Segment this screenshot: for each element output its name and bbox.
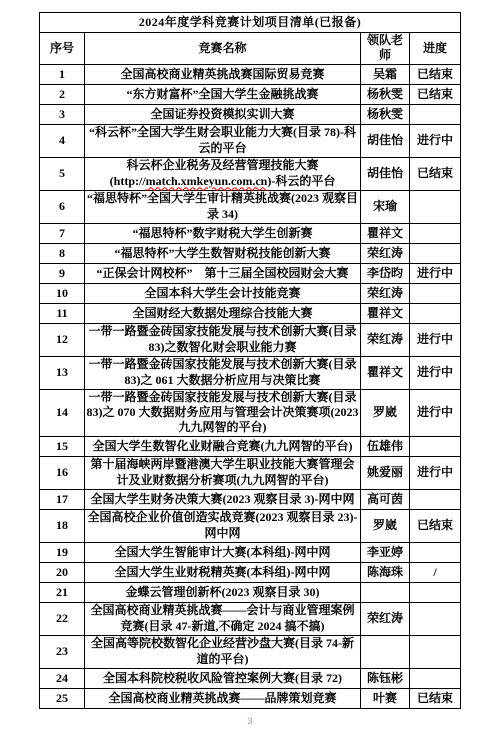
row-no-cell: 18	[40, 509, 85, 542]
teacher-cell: 宋瑜	[361, 190, 410, 223]
table-row: 3 全国证券投资模拟实训大赛 杨秋雯	[40, 104, 461, 124]
row-no-cell: 6	[40, 190, 85, 223]
teacher-cell: 瞿祥文	[361, 356, 410, 389]
competition-name-cell: 一带一路暨金砖国家技能发展与技术创新大赛(目录 83)之 061 大数据分析应用…	[85, 356, 361, 389]
table-row: 5 科云杯企业税务及经营管理技能大赛(http://match.xmkeyun.…	[40, 157, 461, 190]
progress-cell: 进行中	[410, 323, 461, 356]
progress-cell	[410, 283, 461, 303]
competition-name-cell: 金蝶云管理创新杯(2023 观察目录 30)	[85, 582, 361, 602]
competition-name-cell: 科云杯企业税务及经营管理技能大赛(http://match.xmkeyun.co…	[85, 157, 361, 190]
competition-name-cell: 全国高等院校数智化企业经营沙盘大赛(目录 74-新道的平台)	[85, 635, 361, 668]
progress-cell: 进行中	[410, 263, 461, 283]
row-no-cell: 10	[40, 283, 85, 303]
row-no-cell: 17	[40, 489, 85, 509]
competition-name-cell: “福思特杯”全国大学生审计精英挑战赛(2023 观察目录 34)	[85, 190, 361, 223]
table-row: 4 “科云杯”全国大学生财会职业能力大赛(目录 78)-科云的平台 胡佳怡 进行…	[40, 124, 461, 157]
competition-name-cell: 全国大学生数智化业财融合竞赛(九九网智的平台)	[85, 436, 361, 456]
progress-cell	[410, 602, 461, 635]
teacher-cell: 杨秋雯	[361, 104, 410, 124]
header-teacher: 领队老师	[361, 33, 410, 65]
teacher-cell: 杨秋雯	[361, 84, 410, 104]
table-row: 17 全国大学生财务决策大赛(2023 观察目录 3)-网中网 高可茵	[40, 489, 461, 509]
row-no-cell: 7	[40, 223, 85, 243]
table-row: 6 “福思特杯”全国大学生审计精英挑战赛(2023 观察目录 34) 宋瑜	[40, 190, 461, 223]
table-row: 10 全国本科大学生会计技能竞赛 荣红涛	[40, 283, 461, 303]
header-no: 序号	[40, 33, 85, 65]
progress-cell: 已结束	[410, 157, 461, 190]
row-no-cell: 9	[40, 263, 85, 283]
teacher-cell: 荣红涛	[361, 283, 410, 303]
table-row: 8 “福思特杯”大学生数智财税技能创新大赛 荣红涛	[40, 243, 461, 263]
row-no-cell: 23	[40, 635, 85, 668]
row-no-cell: 11	[40, 303, 85, 323]
table-row: 19 全国大学生智能审计大赛(本科组)-网中网 李亚婷	[40, 542, 461, 562]
progress-cell	[410, 190, 461, 223]
table-row: 11 全国财经大数据处理综合技能大赛 瞿祥文	[40, 303, 461, 323]
progress-cell	[410, 489, 461, 509]
progress-cell	[410, 635, 461, 668]
row-no-cell: 22	[40, 602, 85, 635]
row-no-cell: 15	[40, 436, 85, 456]
table-row: 25 全国高校商业精英挑战赛——品牌策划竞赛 叶赛 已结束	[40, 688, 461, 708]
teacher-cell: 陈海珠	[361, 562, 410, 582]
competition-name-cell: 一带一路暨金砖国家技能发展与技术创新大赛(目录 83)之 070 大数据财务应用…	[85, 389, 361, 436]
competition-name-cell: “科云杯”全国大学生财会职业能力大赛(目录 78)-科云的平台	[85, 124, 361, 157]
table-row: 21 金蝶云管理创新杯(2023 观察目录 30)	[40, 582, 461, 602]
header-progress: 进度	[410, 33, 461, 65]
competition-plan-table: 2024年度学科竞赛计划项目清单(已报备) 序号 竞赛名称 领队老师 进度 1 …	[39, 12, 461, 709]
progress-cell	[410, 303, 461, 323]
row-no-cell: 3	[40, 104, 85, 124]
row-no-cell: 4	[40, 124, 85, 157]
row-no-cell: 21	[40, 582, 85, 602]
teacher-cell: 瞿祥文	[361, 303, 410, 323]
row-no-cell: 19	[40, 542, 85, 562]
progress-cell	[410, 668, 461, 688]
row-no-cell: 20	[40, 562, 85, 582]
row-no-cell: 16	[40, 456, 85, 489]
progress-cell	[410, 582, 461, 602]
row-no-cell: 12	[40, 323, 85, 356]
competition-name-cell: 第十届海峡两岸暨港澳大学生职业技能大赛管理会计及业财数据分析赛项(九九网智的平台…	[85, 456, 361, 489]
table-row: 23 全国高等院校数智化企业经营沙盘大赛(目录 74-新道的平台)	[40, 635, 461, 668]
teacher-cell: 李岱昀	[361, 263, 410, 283]
row-no-cell: 24	[40, 668, 85, 688]
teacher-cell: 李亚婷	[361, 542, 410, 562]
table-row: 18 全国高校企业价值创造实战竞赛(2023 观察目录 23)-网中网 罗崴 已…	[40, 509, 461, 542]
teacher-cell: 荣红涛	[361, 323, 410, 356]
progress-cell: 进行中	[410, 356, 461, 389]
url-prefix: (http://	[110, 174, 146, 188]
competition-name-cell: 全国本科大学生会计技能竞赛	[85, 283, 361, 303]
competition-name-cell: 全国高校商业精英挑战赛——品牌策划竞赛	[85, 688, 361, 708]
table-row: 9 “正保会计网校杯” 第十三届全国校园财会大赛 李岱昀 进行中	[40, 263, 461, 283]
competition-name-cell: 全国证券投资模拟实训大赛	[85, 104, 361, 124]
progress-cell	[410, 542, 461, 562]
competition-name-cell: 全国大学生财务决策大赛(2023 观察目录 3)-网中网	[85, 489, 361, 509]
table-row: 20 全国大学生业财税精英赛(本科组)-网中网 陈海珠 /	[40, 562, 461, 582]
teacher-cell: 荣红涛	[361, 602, 410, 635]
url-suffix: )-科云的平台	[267, 174, 335, 188]
table-row: 12 一带一路暨金砖国家技能发展与技术创新大赛(目录 83)之数智化财会职业能力…	[40, 323, 461, 356]
progress-cell: 已结束	[410, 84, 461, 104]
progress-cell: 进行中	[410, 389, 461, 436]
row-no-cell: 1	[40, 64, 85, 84]
row-no-cell: 2	[40, 84, 85, 104]
progress-cell: 已结束	[410, 509, 461, 542]
competition-name-cell: 一带一路暨金砖国家技能发展与技术创新大赛(目录 83)之数智化财会职业能力赛	[85, 323, 361, 356]
row-no-cell: 13	[40, 356, 85, 389]
teacher-cell	[361, 635, 410, 668]
table-row: 16 第十届海峡两岸暨港澳大学生职业技能大赛管理会计及业财数据分析赛项(九九网智…	[40, 456, 461, 489]
teacher-cell: 罗崴	[361, 509, 410, 542]
competition-name-cell: 全国高校商业精英挑战赛——会计与商业管理案例竞赛(目录 47-新道,不确定 20…	[85, 602, 361, 635]
progress-cell	[410, 104, 461, 124]
competition-name-cell: 全国大学生智能审计大赛(本科组)-网中网	[85, 542, 361, 562]
teacher-cell: 伍雄伟	[361, 436, 410, 456]
teacher-cell: 胡佳怡	[361, 124, 410, 157]
competition-name-cell: “福思特杯”数字财税大学生创新赛	[85, 223, 361, 243]
table-row: 2 “东方财富杯”全国大学生金融挑战赛 杨秋雯 已结束	[40, 84, 461, 104]
competition-name-cell: 全国高校商业精英挑战赛国际贸易竞赛	[85, 64, 361, 84]
table-row: 15 全国大学生数智化业财融合竞赛(九九网智的平台) 伍雄伟	[40, 436, 461, 456]
competition-name-line1: 科云杯企业税务及经营管理技能大赛	[86, 158, 359, 173]
teacher-cell: 叶赛	[361, 688, 410, 708]
competition-name-cell: “正保会计网校杯” 第十三届全国校园财会大赛	[85, 263, 361, 283]
table-title-row: 2024年度学科竞赛计划项目清单(已报备)	[40, 13, 461, 33]
row-no-cell: 8	[40, 243, 85, 263]
progress-cell	[410, 436, 461, 456]
page-number: 3	[0, 716, 500, 726]
progress-cell	[410, 223, 461, 243]
table-title: 2024年度学科竞赛计划项目清单(已报备)	[40, 13, 461, 33]
progress-cell: 进行中	[410, 124, 461, 157]
teacher-cell: 陈钰彬	[361, 668, 410, 688]
competition-name-cell: 全国高校企业价值创造实战竞赛(2023 观察目录 23)-网中网	[85, 509, 361, 542]
progress-cell: /	[410, 562, 461, 582]
teacher-cell: 吴霜	[361, 64, 410, 84]
header-name: 竞赛名称	[85, 33, 361, 65]
table-row: 22 全国高校商业精英挑战赛——会计与商业管理案例竞赛(目录 47-新道,不确定…	[40, 602, 461, 635]
teacher-cell: 罗崴	[361, 389, 410, 436]
table-header-row: 序号 竞赛名称 领队老师 进度	[40, 33, 461, 65]
table-row: 24 全国本科院校税收风险管控案例大赛(目录 72) 陈钰彬	[40, 668, 461, 688]
url-text: match.xmkeyun.com.cn	[146, 174, 268, 188]
competition-name-cell: 全国大学生业财税精英赛(本科组)-网中网	[85, 562, 361, 582]
progress-cell: 已结束	[410, 688, 461, 708]
competition-name-cell: 全国本科院校税收风险管控案例大赛(目录 72)	[85, 668, 361, 688]
competition-name-cell: “东方财富杯”全国大学生金融挑战赛	[85, 84, 361, 104]
progress-cell: 进行中	[410, 456, 461, 489]
progress-cell	[410, 243, 461, 263]
teacher-cell: 高可茵	[361, 489, 410, 509]
competition-name-cell: 全国财经大数据处理综合技能大赛	[85, 303, 361, 323]
competition-name-cell: “福思特杯”大学生数智财税技能创新大赛	[85, 243, 361, 263]
table-row: 13 一带一路暨金砖国家技能发展与技术创新大赛(目录 83)之 061 大数据分…	[40, 356, 461, 389]
teacher-cell: 荣红涛	[361, 243, 410, 263]
progress-cell: 已结束	[410, 64, 461, 84]
teacher-cell: 胡佳怡	[361, 157, 410, 190]
table-row: 1 全国高校商业精英挑战赛国际贸易竞赛 吴霜 已结束	[40, 64, 461, 84]
teacher-cell	[361, 582, 410, 602]
row-no-cell: 25	[40, 688, 85, 708]
table-row: 7 “福思特杯”数字财税大学生创新赛 瞿祥文	[40, 223, 461, 243]
teacher-cell: 瞿祥文	[361, 223, 410, 243]
table-row: 14 一带一路暨金砖国家技能发展与技术创新大赛(目录 83)之 070 大数据财…	[40, 389, 461, 436]
row-no-cell: 5	[40, 157, 85, 190]
row-no-cell: 14	[40, 389, 85, 436]
teacher-cell: 姚爱丽	[361, 456, 410, 489]
